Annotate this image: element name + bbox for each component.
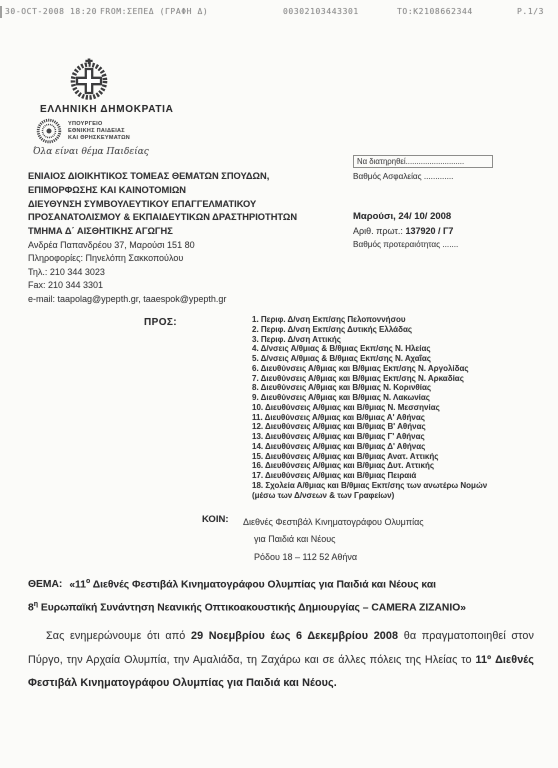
subject-block: ΘΕΜΑ:«11ο Διεθνές Φεστιβάλ Κινηματογράφο… <box>28 572 535 619</box>
subject-text: «11 <box>69 579 86 590</box>
recipient-item: 15. Διευθύνσεις Α/θμιας και Β/θμιας Ανατ… <box>252 452 537 462</box>
ministry-name-line: ΚΑΙ ΘΡΗΣΚΕΥΜΑΤΩΝ <box>68 135 130 142</box>
recipient-item: 5. Δ/νσεις Α/θμιας & Β/θμιας Εκπ/σης Ν. … <box>252 354 537 364</box>
place-date-line: Μαρούσι, 24/ 10/ 2008 <box>353 211 451 222</box>
fax-to: TO:K2108662344 <box>397 7 473 16</box>
protocol-value: 137920 / Γ7 <box>405 226 453 236</box>
sender-phone: Τηλ.: 210 344 3023 <box>28 266 348 280</box>
recipient-item: 13. Διευθύνσεις Α/θμιας και Β/θμιας Γ' Α… <box>252 432 537 442</box>
recipient-item: 11. Διευθύνσεις Α/θμιας και Β/θμιας Α' Α… <box>252 413 537 423</box>
recipient-item: 2. Περιφ. Δ/νση Εκπ/σης Δυτικής Ελλάδας <box>252 325 537 335</box>
protocol-number-line: Αριθ. πρωτ.: 137920 / Γ7 <box>353 226 453 236</box>
subject-label: ΘΕΜΑ: <box>28 579 62 590</box>
body-segment: Σας ενημερώνουμε ότι από <box>46 630 191 642</box>
cc-line: για Παιδιά και Νέους <box>254 531 424 548</box>
sender-directorate-line: ΔΙΕΥΘΥΝΣΗ ΣΥΜΒΟΥΛΕΥΤΙΚΟΥ ΕΠΑΓΓΕΛΜΑΤΙΚΟΥ <box>28 198 348 212</box>
keep-until-box: Να διατηρηθεί........................... <box>353 155 493 168</box>
ministry-name: ΥΠΟΥΡΓΕΙΟ ΕΘΝΙΚΗΣ ΠΑΙΔΕΙΑΣ ΚΑΙ ΘΡΗΣΚΕΥΜΑ… <box>68 121 130 142</box>
greek-coat-of-arms-icon <box>69 58 109 100</box>
cc-line: Διεθνές Φεστιβάλ Κινηματογράφου Ολυμπίας <box>243 514 424 531</box>
protocol-label: Αριθ. πρωτ.: <box>353 226 403 236</box>
subject-line-1: ΘΕΜΑ:«11ο Διεθνές Φεστιβάλ Κινηματογράφο… <box>28 572 535 595</box>
recipient-item: 8. Διευθύνσεις Α/θμιας και Β/θμιας Ν. Κο… <box>252 383 537 393</box>
republic-title: ΕΛΛΗΝΙΚΗ ΔΗΜΟΚΡΑΤΙΑ <box>40 104 174 115</box>
ministry-name-line: ΥΠΟΥΡΓΕΙΟ <box>68 121 130 128</box>
body-paragraph: Σας ενημερώνουμε ότι από 29 Νοεμβρίου έω… <box>28 625 534 696</box>
cc-line: Ρόδου 18 – 112 52 Αθήνα <box>254 549 424 566</box>
recipient-item: 7. Διευθύνσεις Α/θμιας και Β/θμιας Εκπ/σ… <box>252 374 537 384</box>
recipient-item: 6. Διευθύνσεις Α/θμιας και Β/θμιας Εκπ/σ… <box>252 364 537 374</box>
recipient-item: 3. Περιφ. Δ/νση Αττικής <box>252 335 537 345</box>
sender-address: Ανδρέα Παπανδρέου 37, Μαρούσι 151 80 <box>28 239 348 253</box>
fax-datetime: 30-OCT-2008 18:20 <box>5 7 97 16</box>
recipient-item: 1. Περιφ. Δ/νση Εκπ/σης Πελοποννήσου <box>252 315 537 325</box>
sender-fax: Fax: 210 344 3301 <box>28 279 348 293</box>
recipients-list: 1. Περιφ. Δ/νση Εκπ/σης Πελοποννήσου2. Π… <box>252 315 537 500</box>
recipients-label: ΠΡΟΣ: <box>144 317 177 328</box>
scan-edge-artifact <box>0 6 2 18</box>
ministry-slogan: Όλα είναι θέμα Παιδείας <box>33 147 149 157</box>
subject-text: Ευρωπαϊκή Συνάντηση Νεανικής Οπτικοακουσ… <box>38 603 466 614</box>
fax-page-count: P.1/3 <box>517 7 544 16</box>
recipient-item: 18. Σχολεία Α/θμιας και Β/θμιας Εκπ/σης … <box>252 481 537 491</box>
recipient-item: 4. Δ/νσεις Α/θμιας & Β/θμιας Εκπ/σης Ν. … <box>252 344 537 354</box>
ministry-seal-icon <box>36 118 62 144</box>
sender-sector-line: ΕΝΙΑΙΟΣ ΔΙΟΙΚΗΤΙΚΟΣ ΤΟΜΕΑΣ ΘΕΜΑΤΩΝ ΣΠΟΥΔ… <box>28 170 348 184</box>
scanned-document-page: 30-OCT-2008 18:20 FROM:ΣΕΠΕΔ (ΓΡΑΦΗ Δ) 0… <box>0 0 558 768</box>
recipient-item: 9. Διευθύνσεις Α/θμιας και Β/θμιας Ν. Λα… <box>252 393 537 403</box>
priority-level-line: Βαθμός προτεραιότητας ....... <box>353 240 458 249</box>
recipient-item: 14. Διευθύνσεις Α/θμιας και Β/θμιας Δ' Α… <box>252 442 537 452</box>
cc-block: Διεθνές Φεστιβάλ Κινηματογράφου Ολυμπίας… <box>243 514 424 566</box>
subject-line-2: 8η Ευρωπαϊκή Συνάντηση Νεανικής Οπτικοακ… <box>28 595 535 618</box>
recipient-item: 16. Διευθύνσεις Α/θμιας και Β/θμιας Δυτ.… <box>252 461 537 471</box>
sender-contact: Πληροφορίες: Πηνελόπη Σακκοπούλου <box>28 252 348 266</box>
sender-department-line: ΤΜΗΜΑ Δ΄ ΑΙΣΘΗΤΙΚΗΣ ΑΓΩΓΗΣ <box>28 225 348 239</box>
fax-from: FROM:ΣΕΠΕΔ (ΓΡΑΦΗ Δ) <box>100 7 208 16</box>
recipient-item: 10. Διευθύνσεις Α/θμιας και Β/θμιας Ν. Μ… <box>252 403 537 413</box>
sender-sector-line: ΕΠΙΜΟΡΦΩΣΗΣ ΚΑΙ ΚΑΙΝΟΤΟΜΙΩΝ <box>28 184 348 198</box>
subject-text: Διεθνές Φεστιβάλ Κινηματογράφου Ολυμπίας… <box>90 579 436 590</box>
sender-block: ΕΝΙΑΙΟΣ ΔΙΟΙΚΗΤΙΚΟΣ ΤΟΜΕΑΣ ΘΕΜΑΤΩΝ ΣΠΟΥΔ… <box>28 170 348 306</box>
ministry-name-line: ΕΘΝΙΚΗΣ ΠΑΙΔΕΙΑΣ <box>68 128 130 135</box>
fax-station-id: 00302103443301 <box>283 7 359 16</box>
cc-label: ΚΟΙΝ: <box>202 514 228 525</box>
recipient-item: 17. Διευθύνσεις Α/θμιας και Β/θμιας Πειρ… <box>252 471 537 481</box>
security-level-line: Βαθμός Ασφαλείας ............. <box>353 172 453 181</box>
sender-email: e-mail: taapolag@ypepth.gr, taaespok@ype… <box>28 293 348 307</box>
recipient-item: 12. Διευθύνσεις Α/θμιας και Β/θμιας Β' Α… <box>252 422 537 432</box>
recipient-item: (μέσω των Δ/νσεων & των Γραφείων) <box>252 491 537 501</box>
sender-directorate-line: ΠΡΟΣΑΝΑΤΟΛΙΣΜΟΥ & ΕΚΠΑΙΔΕΥΤΙΚΩΝ ΔΡΑΣΤΗΡΙ… <box>28 211 348 225</box>
body-segment: 29 Νοεμβρίου έως 6 Δεκεμβρίου 2008 <box>191 630 398 642</box>
